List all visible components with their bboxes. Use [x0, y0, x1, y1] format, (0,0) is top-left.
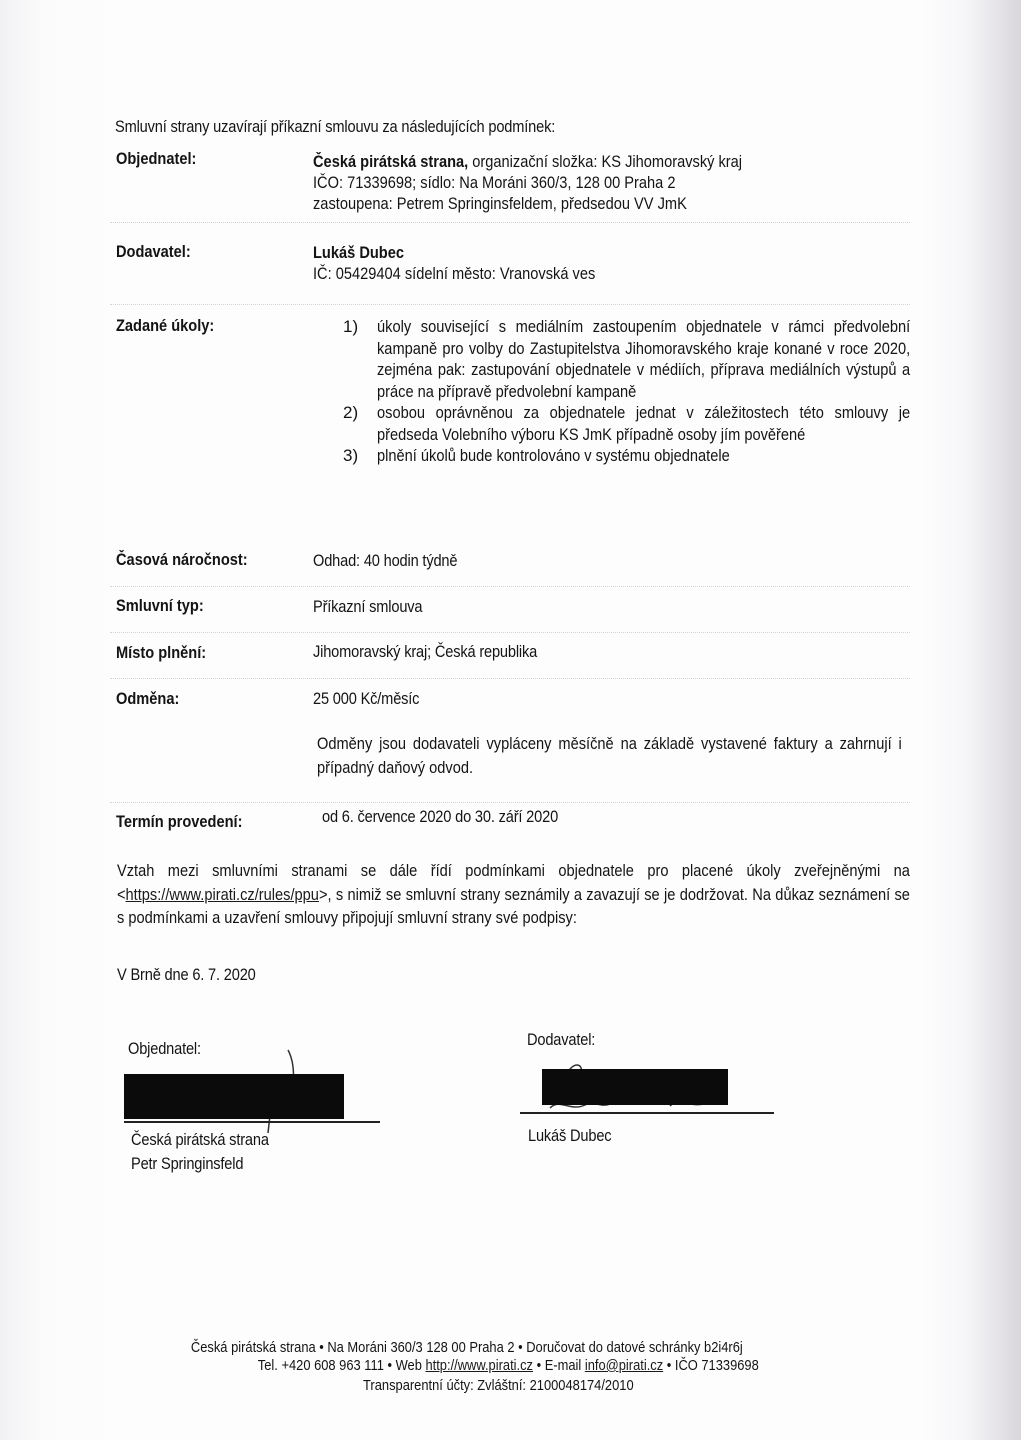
value-casova-narocnost: Odhad: 40 hodin týdně [313, 550, 457, 571]
label-misto-plneni: Místo plnění: [116, 643, 206, 663]
email-link[interactable]: info@pirati.cz [585, 1357, 663, 1374]
task-list: 1) úkoly související s mediálním zastoup… [343, 316, 903, 467]
row-dodavatel: Dodavatel: Lukáš Dubec IČ: 05429404 síde… [110, 222, 910, 305]
row-termin-provedeni: Termín provedení: od 6. července 2020 do… [110, 802, 910, 838]
label-dodavatel: Dodavatel: [116, 242, 191, 262]
task-item: 3) plnění úkolů bude kontrolováno v syst… [343, 445, 903, 467]
row-odmena: Odměna: 25 000 Kč/měsíc Odměny jsou doda… [110, 678, 910, 803]
intro-text: Smluvní strany uzavírají příkazní smlouv… [115, 117, 555, 137]
footer-line-2: Tel. +420 608 963 111 • Web http://www.p… [0, 1357, 1021, 1374]
signature-label-objednatel: Objednatel: [128, 1039, 201, 1059]
signatory-person-objednatel: Petr Springinsfeld [131, 1154, 243, 1174]
redaction-box-objednatel [124, 1074, 344, 1119]
value-dodavatel: Lukáš Dubec IČ: 05429404 sídelní město: … [313, 242, 933, 284]
rules-link[interactable]: https://www.pirati.cz/rules/ppu [126, 885, 319, 904]
value-misto-plneni: Jihomoravský kraj; Česká republika [313, 641, 537, 662]
label-casova-narocnost: Časová náročnost: [116, 550, 248, 570]
row-smluvni-typ: Smluvní typ: Příkazní smlouva [110, 586, 910, 633]
label-zadane-ukoly: Zadané úkoly: [116, 316, 214, 336]
dodavatel-ic: IČ: 05429404 sídelní město: Vranovská ve… [313, 263, 846, 284]
label-smluvni-typ: Smluvní typ: [116, 596, 204, 616]
footer-line-3: Transparentní účty: Zvláštní: 2100048174… [0, 1377, 1021, 1394]
value-objednatel: Česká pirátská strana, organizační složk… [313, 151, 933, 214]
web-link[interactable]: http://www.pirati.cz [426, 1357, 534, 1374]
redaction-box-dodavatel [542, 1069, 728, 1105]
row-misto-plneni: Místo plnění: Jihomoravský kraj; Česká r… [110, 632, 910, 679]
value-termin-provedeni: od 6. července 2020 do 30. září 2020 [322, 806, 558, 827]
signature-line-dodavatel [520, 1112, 774, 1114]
row-casova-narocnost: Časová náročnost: Odhad: 40 hodin týdně [110, 540, 910, 587]
signatory-person-dodavatel: Lukáš Dubec [528, 1126, 611, 1146]
signing-date: V Brně dne 6. 7. 2020 [117, 965, 256, 985]
terms-paragraph: Vztah mezi smluvními stranami se dále ří… [117, 859, 1021, 930]
value-odmena: 25 000 Kč/měsíc [313, 688, 419, 709]
objednatel-zastoupena: zastoupena: Petrem Springinsfeldem, před… [313, 193, 846, 214]
signature-label-dodavatel: Dodavatel: [527, 1030, 595, 1050]
footer-line-1: Česká pirátská strana • Na Moráni 360/3 … [0, 1339, 1021, 1356]
task-item: 1) úkoly související s mediálním zastoup… [343, 316, 903, 402]
scanned-page: Smluvní strany uzavírají příkazní smlouv… [0, 0, 1021, 1440]
dodavatel-name: Lukáš Dubec [313, 243, 404, 262]
label-objednatel: Objednatel: [116, 149, 196, 169]
objednatel-ico: IČO: 71339698; sídlo: Na Moráni 360/3, 1… [313, 172, 846, 193]
objednatel-name: Česká pirátská strana, [313, 152, 468, 171]
row-objednatel: Objednatel: Česká pirátská strana, organ… [110, 140, 910, 223]
label-termin-provedeni: Termín provedení: [116, 812, 242, 832]
label-odmena: Odměna: [116, 689, 179, 709]
odmena-note: Odměny jsou dodavateli vypláceny měsíčně… [317, 732, 937, 780]
signature-line-objednatel [124, 1121, 380, 1123]
value-smluvni-typ: Příkazní smlouva [313, 596, 422, 617]
task-item: 2) osobou oprávněnou za objednatele jedn… [343, 402, 903, 445]
signatory-org: Česká pirátská strana [131, 1130, 269, 1150]
